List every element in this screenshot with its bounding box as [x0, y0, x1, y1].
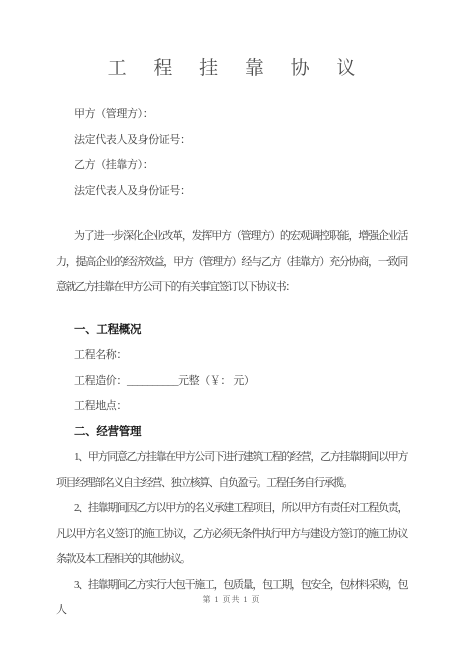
field-project-cost: 工程造价：__________元整（￥： 元）	[56, 369, 407, 395]
party-line-partyB-legal-rep: 法定代表人及身份证号：	[56, 179, 407, 205]
document-title: 工 程 挂 靠 协 议	[56, 0, 407, 85]
field-project-location: 工程地点：	[56, 394, 407, 420]
party-line-partyB: 乙方（挂靠方）：	[56, 153, 407, 179]
clause-2: 2、挂靠期间因乙方以甲方的名义承建工程项目，所以甲方有责任对工程负责，凡以甲方名…	[56, 496, 407, 573]
field-project-name: 工程名称：	[56, 343, 407, 369]
party-line-partyA: 甲方（管理方）：	[56, 102, 407, 128]
section-1-heading: 一、工程概况	[56, 318, 407, 344]
clause-1: 1、甲方同意乙方挂靠在甲方公司下进行建筑工程的经营，乙方挂靠期间以甲方项目经理部…	[56, 445, 407, 496]
party-line-partyA-legal-rep: 法定代表人及身份证号：	[56, 128, 407, 154]
document-content: 工 程 挂 靠 协 议 甲方（管理方）： 法定代表人及身份证号： 乙方（挂靠方）…	[0, 0, 463, 624]
section-2-heading: 二、经营管理	[56, 420, 407, 446]
document-page: 工 程 挂 靠 协 议 甲方（管理方）： 法定代表人及身份证号： 乙方（挂靠方）…	[0, 0, 463, 655]
page-number: 第 1 页共 1 页	[0, 594, 463, 606]
party-block: 甲方（管理方）： 法定代表人及身份证号： 乙方（挂靠方）： 法定代表人及身份证号…	[56, 102, 407, 204]
intro-paragraph: 为了进一步深化企业改革，发挥甲方（管理方）的宏观调控职能，增强企业活力，提高企业…	[56, 224, 407, 301]
